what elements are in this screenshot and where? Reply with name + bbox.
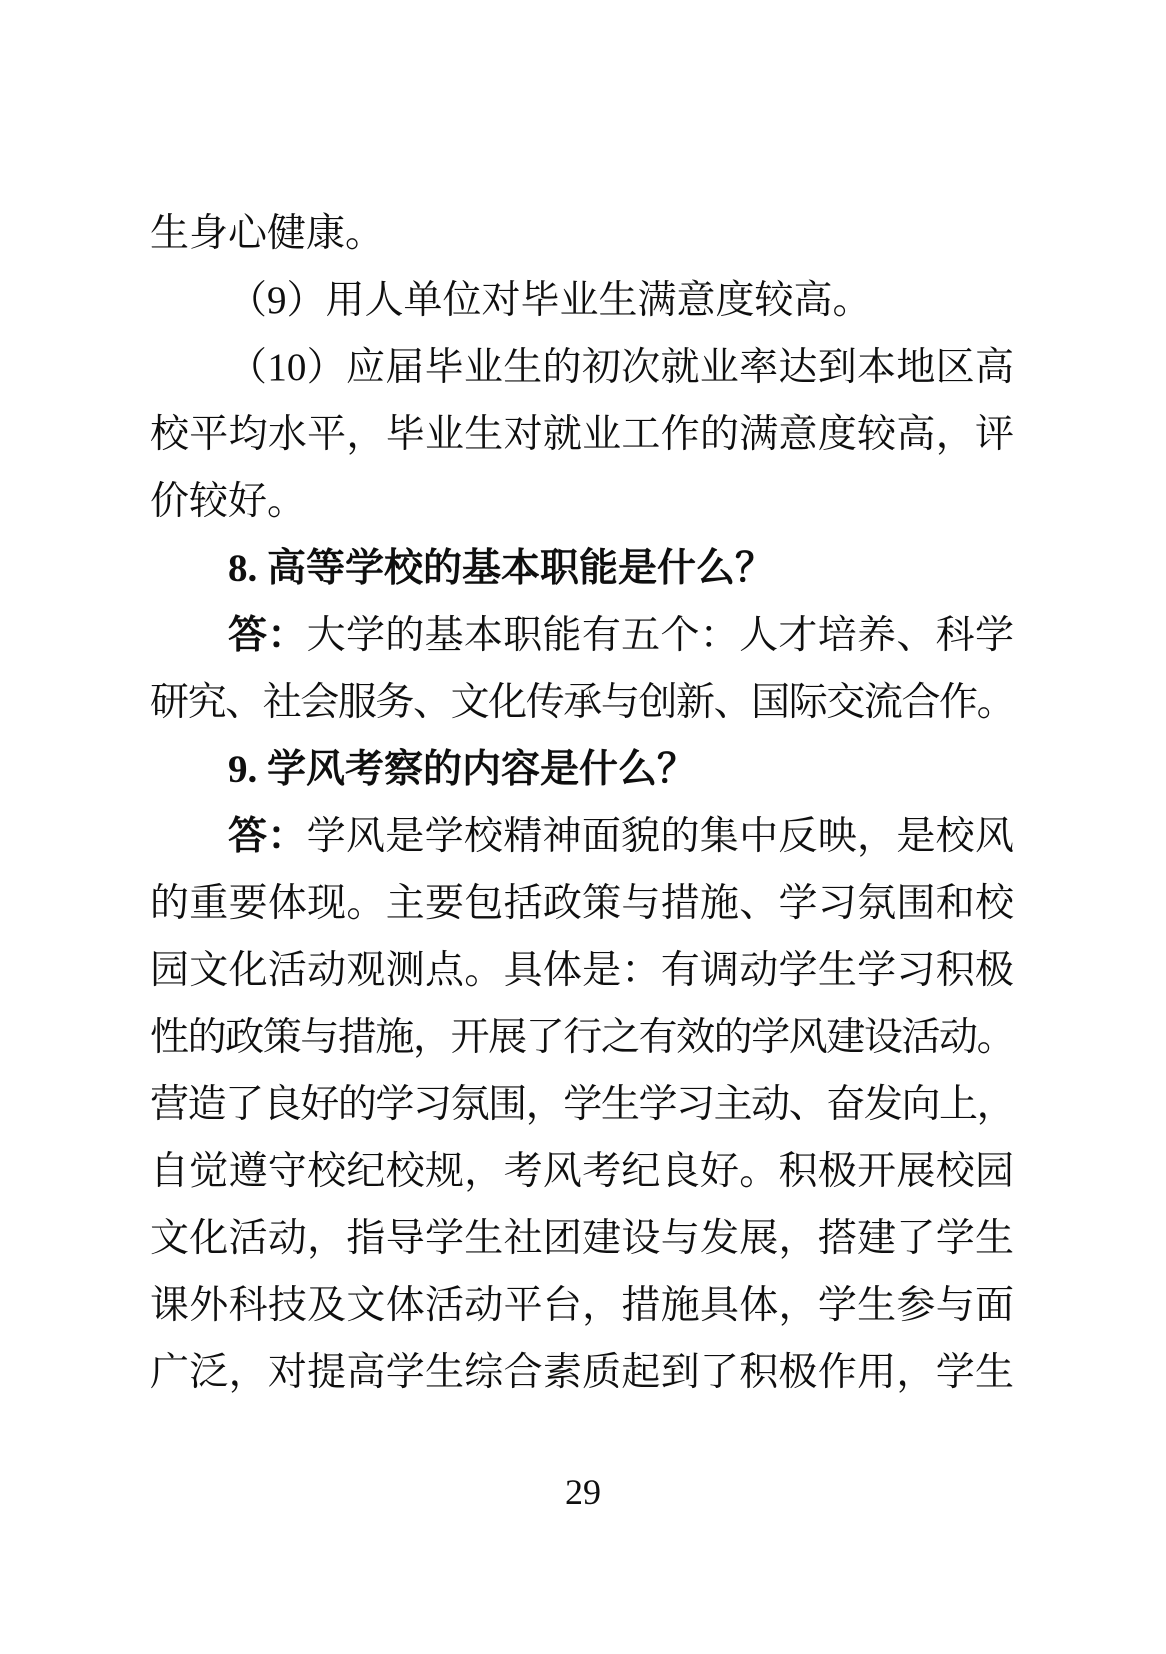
text-line: 研究、社会服务、文化传承与创新、国际交流合作。 xyxy=(150,669,1014,736)
bold-text-segment: 8. 高等学校的基本职能是什么？ xyxy=(228,547,774,590)
document-text-block: 生身心健康。（9）用人单位对毕业生满意度较高。（10）应届毕业生的初次就业率达到… xyxy=(150,200,1014,1406)
bold-text-segment: 答： xyxy=(228,614,307,657)
text-line: 8. 高等学校的基本职能是什么？ xyxy=(150,535,1014,602)
text-line: 答：学风是学校精神面貌的集中反映，是校风 xyxy=(150,803,1014,870)
text-segment: 园文化活动观测点。具体是：有调动学生学习积极 xyxy=(150,949,1014,992)
text-line: 价较好。 xyxy=(150,468,1014,535)
text-line: （10）应届毕业生的初次就业率达到本地区高 xyxy=(150,334,1014,401)
bold-text-segment: 9. 学风考察的内容是什么？ xyxy=(228,748,696,791)
text-line: 文化活动，指导学生社团建设与发展，搭建了学生 xyxy=(150,1205,1014,1272)
answer-9: 答：学风是学校精神面貌的集中反映，是校风的重要体现。主要包括政策与措施、学习氛围… xyxy=(150,803,1014,1406)
text-segment: 文化活动，指导学生社团建设与发展，搭建了学生 xyxy=(150,1217,1014,1260)
text-line: 课外科技及文体活动平台，措施具体，学生参与面 xyxy=(150,1272,1014,1339)
text-segment: 校平均水平，毕业生对就业工作的满意度较高，评 xyxy=(150,413,1014,456)
text-segment: 大学的基本职能有五个：人才培养、科学 xyxy=(307,614,1014,657)
text-segment: 性的政策与措施，开展了行之有效的学风建设活动。 xyxy=(150,1016,1014,1059)
question-8-heading: 8. 高等学校的基本职能是什么？ xyxy=(150,535,1014,602)
bold-text-segment: 答： xyxy=(228,815,307,858)
text-segment: （10）应届毕业生的初次就业率达到本地区高 xyxy=(228,346,1014,389)
text-segment: 的重要体现。主要包括政策与措施、学习氛围和校 xyxy=(150,882,1014,925)
answer-8: 答：大学的基本职能有五个：人才培养、科学研究、社会服务、文化传承与创新、国际交流… xyxy=(150,602,1014,736)
text-segment: 生身心健康。 xyxy=(150,212,384,255)
page-footer: 29 xyxy=(0,1472,1166,1512)
text-line: 的重要体现。主要包括政策与措施、学习氛围和校 xyxy=(150,870,1014,937)
text-segment: 自觉遵守校纪校规，考风考纪良好。积极开展校园 xyxy=(150,1150,1014,1193)
text-line: 性的政策与措施，开展了行之有效的学风建设活动。 xyxy=(150,1004,1014,1071)
text-segment: 价较好。 xyxy=(150,480,306,523)
text-segment: 研究、社会服务、文化传承与创新、国际交流合作。 xyxy=(150,681,1014,724)
para-list-item-10: （10）应届毕业生的初次就业率达到本地区高校平均水平，毕业生对就业工作的满意度较… xyxy=(150,334,1014,535)
text-line: 校平均水平，毕业生对就业工作的满意度较高，评 xyxy=(150,401,1014,468)
text-line: 广泛，对提高学生综合素质起到了积极作用，学生 xyxy=(150,1339,1014,1406)
text-segment: 营造了良好的学习氛围，学生学习主动、奋发向上， xyxy=(150,1083,1014,1126)
text-line: （9）用人单位对毕业生满意度较高。 xyxy=(150,267,1014,334)
question-9-heading: 9. 学风考察的内容是什么？ xyxy=(150,736,1014,803)
document-page: 生身心健康。（9）用人单位对毕业生满意度较高。（10）应届毕业生的初次就业率达到… xyxy=(0,0,1166,1654)
text-line: 9. 学风考察的内容是什么？ xyxy=(150,736,1014,803)
text-line: 答：大学的基本职能有五个：人才培养、科学 xyxy=(150,602,1014,669)
page-number: 29 xyxy=(565,1472,601,1512)
text-line: 营造了良好的学习氛围，学生学习主动、奋发向上， xyxy=(150,1071,1014,1138)
text-segment: （9）用人单位对毕业生满意度较高。 xyxy=(228,279,872,322)
text-segment: 学风是学校精神面貌的集中反映，是校风 xyxy=(307,815,1014,858)
para-continued-from-previous-page: 生身心健康。 xyxy=(150,200,1014,267)
text-segment: 广泛，对提高学生综合素质起到了积极作用，学生 xyxy=(150,1351,1014,1394)
text-line: 自觉遵守校纪校规，考风考纪良好。积极开展校园 xyxy=(150,1138,1014,1205)
text-segment: 课外科技及文体活动平台，措施具体，学生参与面 xyxy=(150,1284,1014,1327)
text-line: 园文化活动观测点。具体是：有调动学生学习积极 xyxy=(150,937,1014,1004)
text-line: 生身心健康。 xyxy=(150,200,1014,267)
para-list-item-9: （9）用人单位对毕业生满意度较高。 xyxy=(150,267,1014,334)
